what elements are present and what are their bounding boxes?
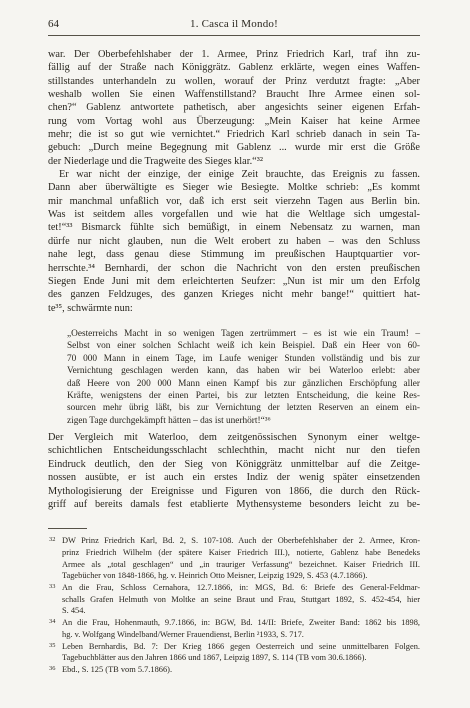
chapter-title: 1. Casca il Mondo! [48,18,420,30]
footnote-separator-rule [48,528,87,529]
footnote-33: 33 An die Frau, Schloss Cernahora, 12.7.… [48,582,420,617]
page-header: 64 1. Casca il Mondo! [48,18,420,32]
page-number: 64 [48,18,59,30]
footnote-32-marker: 32 [49,534,55,546]
footnote-32-text: DW Prinz Friedrich Karl, Bd. 2, S. 107-1… [62,535,420,582]
body-text: war. Der Oberbefehlshaber der 1. Armee, … [48,48,420,511]
blockquote: „Oesterreichs Macht in so wenigen Tagen … [67,328,420,427]
footnote-33-text: An die Frau, Schloss Cernahora, 12.7.186… [62,582,420,617]
footnote-34-marker: 34 [49,616,55,628]
body-paragraph-2: Er war nicht der einzige, der einige Zei… [48,168,420,315]
header-rule [48,35,420,36]
footnote-35-text: Leben Bernhardis, Bd. 7: Der Krieg 1866 … [62,641,420,664]
book-page: 64 1. Casca il Mondo! war. Der Oberbefeh… [0,0,470,708]
body-paragraph-3: Der Vergleich mit Waterloo, dem zeitgenö… [48,431,420,511]
footnote-34: 34 An die Frau, Hohenmauth, 9.7.1866, in… [48,617,420,640]
footnote-35-marker: 35 [49,640,55,652]
footnote-36-marker: 36 [49,663,55,675]
footnote-34-text: An die Frau, Hohenmauth, 9.7.1866, in: B… [62,617,420,640]
body-paragraph-1: war. Der Oberbefehlshaber der 1. Armee, … [48,48,420,168]
footnote-32: 32 DW Prinz Friedrich Karl, Bd. 2, S. 10… [48,535,420,582]
footnote-36-text: Ebd., S. 125 (TB vom 5.7.1866). [62,664,420,676]
footnote-33-marker: 33 [49,581,55,593]
footnotes-section: 32 DW Prinz Friedrich Karl, Bd. 2, S. 10… [48,528,420,675]
footnote-35: 35 Leben Bernhardis, Bd. 7: Der Krieg 18… [48,641,420,664]
footnote-36: 36 Ebd., S. 125 (TB vom 5.7.1866). [48,664,420,676]
